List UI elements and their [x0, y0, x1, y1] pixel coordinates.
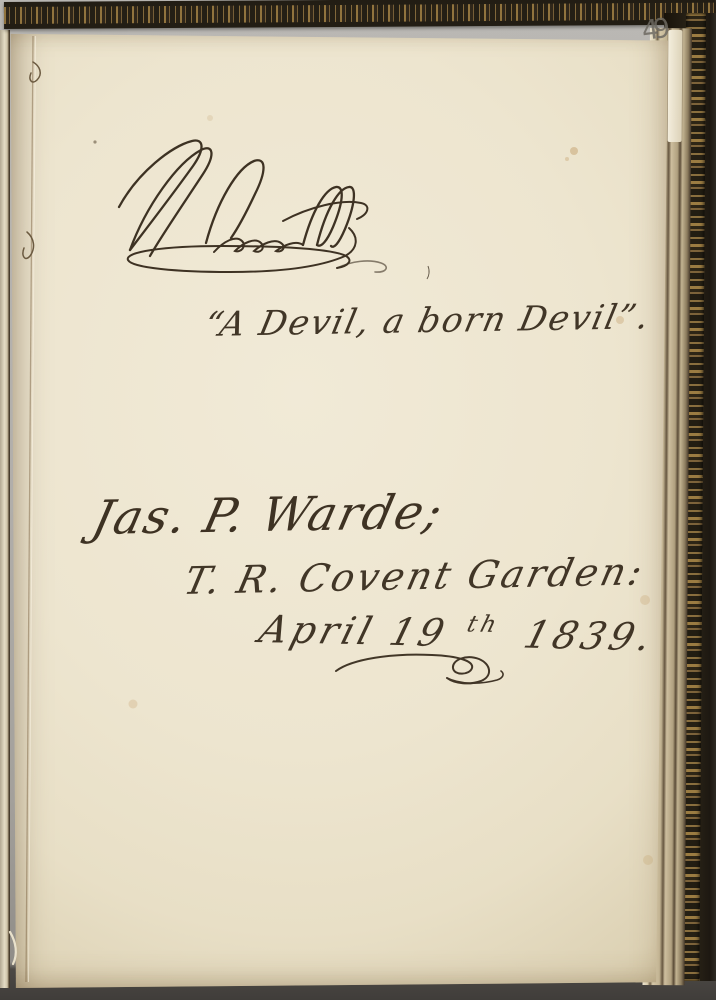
- book-cover-top-edge: [4, 0, 716, 29]
- album-page: [8, 30, 668, 988]
- upper-leaf-edge: [668, 30, 683, 142]
- thread-wisp-bottom: [10, 932, 16, 964]
- photograph-of-open-album: G Bennett “A Devil, a born Devil”. Jas. …: [0, 0, 716, 1000]
- facing-page-edge: [0, 30, 10, 988]
- gilt-tooling-top: [4, 3, 716, 24]
